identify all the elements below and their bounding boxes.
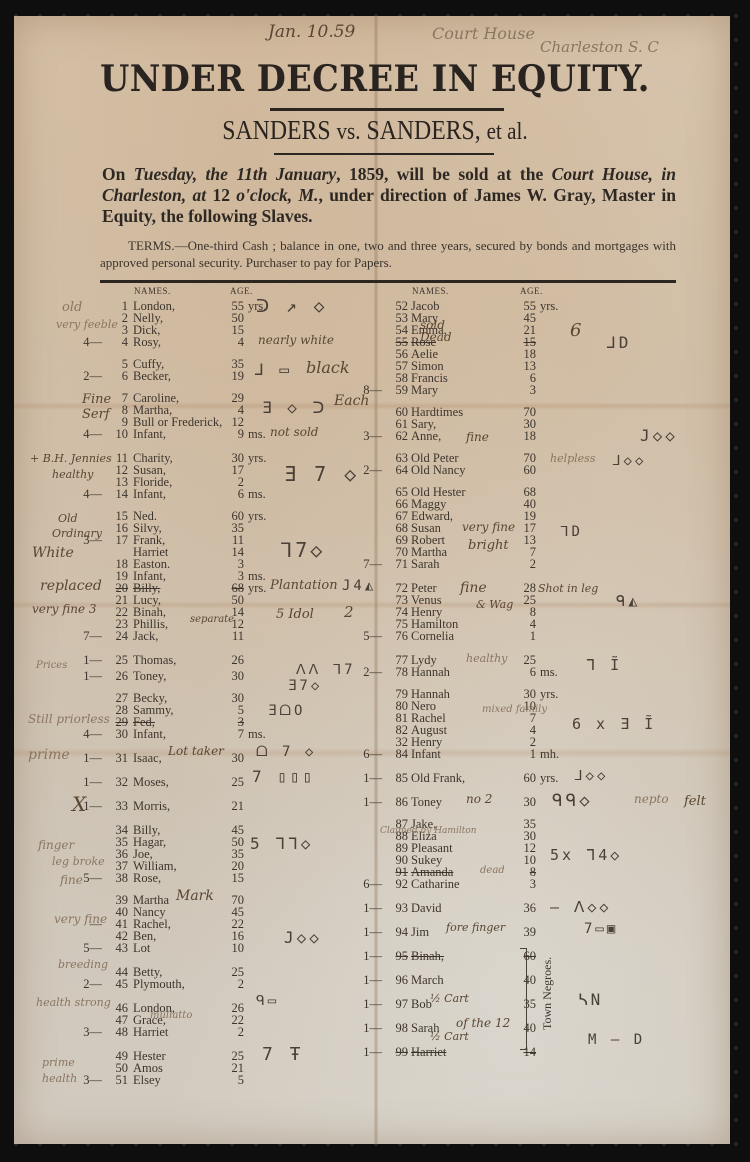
person-age: 60 [512,464,536,477]
person-name: Catharine [411,878,460,891]
lot-group-count: 1— [342,902,382,915]
slave-list-row: 1—94Jim39 [0,926,750,939]
handwritten-note: ᓴN [578,990,603,1009]
handwritten-location: Court House [432,24,535,43]
handwritten-note: + B.H. Jennies [30,452,112,465]
handwritten-note: 7▭▣ [584,921,618,937]
handwritten-note: 2 [344,603,354,621]
handwritten-note: fine [60,873,83,887]
party-plaintiff: SANDERS [222,115,330,145]
handwritten-note: breeding [58,958,108,971]
handwritten-note: Claimed by Hamilton [380,826,477,836]
handwritten-note: Ǝ 7 ◇ [284,462,359,486]
lot-group-count: 3— [342,430,382,443]
entry-number: 86 [384,796,408,809]
handwritten-note: very fine [54,912,107,926]
entry-number: 96 [384,974,408,987]
person-name: Anne, [411,430,441,443]
handwritten-note: ᒣD [560,524,583,540]
sale-terms: TERMS.—One-third Cash ; balance in one, … [100,237,676,271]
entry-number: 97 [384,998,408,1011]
age-unit: mh. [540,748,559,761]
handwritten-note: ᑫ▭ [256,993,279,1009]
entry-number: 92 [384,878,408,891]
entry-number: 93 [384,902,408,915]
lot-group-count: 1— [342,998,382,1011]
handwritten-note: 6 x Ǝ Ĩ [572,715,656,733]
handwritten-note: very feeble [56,318,118,331]
person-age: 6 [512,666,536,679]
person-age: 30 [512,796,536,809]
handwritten-note: helpless [550,452,595,465]
age-header: AGE. [230,286,253,296]
handwritten-note: Fine [82,392,111,407]
person-name: Harriet [411,1046,446,1059]
handwritten-note: 5x ᒣ4◇ [550,846,622,864]
entry-number: 99 [384,1046,408,1059]
handwritten-note: ᐱᐱ ᒣ7 [296,662,356,678]
names-header: NAMES. [134,286,171,296]
names-header: NAMES. [412,286,449,296]
person-name: Jim [411,926,429,939]
handwritten-note: ᒣ7◇ [280,538,325,562]
handwritten-note: replaced [40,578,102,594]
entry-number: 64 [384,464,408,477]
person-age: 1 [512,630,536,643]
person-age: 60 [512,772,536,785]
slave-list-row: 6—84Infant1mh. [0,748,750,761]
entry-number: 78 [384,666,408,679]
person-name: Mary [411,384,438,397]
party-defendant: SANDERS, [367,115,481,145]
handwritten-note: health [42,1072,77,1085]
person-name: Infant [411,748,441,761]
document-title: UNDER DECREE IN EQUITY. [26,58,724,100]
entry-number: 94 [384,926,408,939]
handwritten-note: ᑐ ↗ ◇ [256,296,328,317]
person-age: 39 [512,926,536,939]
person-age: 3 [512,384,536,397]
handwritten-note: Still priorless [28,712,110,726]
lot-group-count: 1— [342,772,382,785]
handwritten-note: bright [468,538,509,553]
person-name: Elsey [133,1074,161,1087]
handwritten-note: fine [466,430,489,444]
handwritten-note: Prices [36,660,67,671]
slave-list-row: 1—85Old Frank,60yrs. [0,772,750,785]
handwritten-note: Ј◇◇ [640,426,678,445]
announcement-text: On [102,164,134,184]
person-name: Binah, [411,950,444,963]
handwritten-note: Ј◇◇ [284,928,322,947]
handwritten-note: of the 12 [456,1016,510,1030]
person-name: Old Nancy [411,464,466,477]
town-negroes-label: Town Negroes. [540,957,555,1030]
handwritten-note: & Wag [476,598,513,611]
slave-list-row: 1—93David36 [0,902,750,915]
person-name: Toney [411,796,442,809]
town-negroes-bracket [520,948,527,1050]
announcement-text: Tuesday, the 11th January [134,164,336,184]
announcement-text: o'clock, M. [236,185,318,205]
slave-list-row: 8—59Mary3 [0,384,750,397]
handwritten-note: Dead [420,330,452,344]
handwritten-note: ½ Cart [430,992,469,1005]
handwritten-note: healthy [52,468,93,481]
handwritten-note: Ǝ7◇ [288,678,322,694]
handwritten-note: health strong [36,996,111,1009]
age-unit: yrs. [540,772,558,785]
table-top-rule [100,280,676,283]
handwritten-note: Lot taker [168,744,224,758]
handwritten-note: separate [190,614,234,625]
slave-list-row: 1—95Binah,60 [0,950,750,963]
lot-group-count: 1— [342,974,382,987]
handwritten-note: ᑫᑫ◇ [552,791,593,811]
age-header: AGE. [520,286,543,296]
handwritten-note: ᒧ◇◇ [574,768,608,784]
person-age: 5 [220,1074,244,1087]
sale-announcement: On Tuesday, the 11th January, 1859, will… [102,164,676,227]
handwritten-note: healthy [466,652,507,665]
lot-group-count: 1— [342,950,382,963]
handwritten-note: nearly white [258,333,334,347]
handwritten-note: ᒧ ▭ [254,360,292,379]
handwritten-note: prime [42,1056,75,1069]
handwritten-note: black [306,358,350,377]
person-age: 36 [512,902,536,915]
handwritten-note: very fine [462,520,515,534]
entry-number: 62 [384,430,408,443]
handwritten-note: Ј4◭ [342,578,376,594]
handwritten-note: – ᐱ◇◇ [550,898,611,916]
handwritten-note: fine [460,580,487,596]
handwritten-note: M – D [588,1032,645,1048]
handwritten-note: ᗝ 7 ◇ [256,744,316,760]
handwritten-note: old [62,300,82,315]
handwritten-note: 7 Ŧ [262,1044,304,1065]
case-title: SANDERS vs. SANDERS, et al. [45,115,705,146]
handwritten-note: not sold [270,425,319,439]
handwritten-note: Ǝ ◇ ᑐ [262,398,327,417]
lot-group-count: 5— [342,630,382,643]
entry-number: 84 [384,748,408,761]
person-age: 2 [512,558,536,571]
slave-list-row: 1—97Bob35 [0,998,750,1011]
handwritten-note: ᑫ◭ [616,592,640,610]
person-name: Cornelia [411,630,454,643]
et-al: et al. [487,119,528,145]
entry-number: 85 [384,772,408,785]
person-name: Bob [411,998,432,1011]
person-name: Sarah [411,558,439,571]
handwritten-note: prime [28,747,70,763]
announcement-text: , 1859, will be sold at the [336,164,551,184]
handwritten-note: nepto [634,792,669,806]
handwritten-note: 7 ▯▯▯ [252,767,315,786]
handwritten-note: White [32,545,74,561]
handwritten-note: Ordinary [52,527,102,540]
handwritten-note: ᒧD [606,333,631,352]
handwritten-note: ᒧ◇◇ [612,453,646,469]
slave-list-row: 1—96March40 [0,974,750,987]
handwritten-note: fore finger [446,921,505,934]
slave-list-row: 6—92Catharine3 [0,878,750,891]
entry-number: 71 [384,558,408,571]
title-rule [270,108,504,111]
lot-group-count: 6— [342,748,382,761]
person-name: Old Frank, [411,772,465,785]
entry-number: 51 [104,1074,128,1087]
lot-group-count: 1— [342,926,382,939]
handwritten-note: dead [480,865,505,876]
handwritten-note: ᒣ Ĩ [586,656,622,674]
slave-list-row: 2—78Hannah6ms. [0,666,750,679]
handwritten-note: no 2 [466,792,492,806]
handwritten-note: Old [58,512,78,525]
handwritten-note: Each [334,393,369,409]
versus: vs. [337,119,361,145]
handwritten-note: finger [38,838,74,852]
announcement-text: 12 [206,185,236,205]
entry-number: 59 [384,384,408,397]
entry-number: 95 [384,950,408,963]
person-age: 1 [512,748,536,761]
lot-group-count: 1— [342,796,382,809]
handwritten-date: Jan. 10.59 [268,22,355,42]
person-name: March [411,974,444,987]
lot-group-count: 1— [342,1046,382,1059]
handwritten-note: leg broke [52,855,105,868]
handwritten-note: mullatto [150,1010,192,1021]
handwritten-note: Mark [176,888,214,904]
lot-group-count: 1— [342,1022,382,1035]
lot-group-count: 7— [342,558,382,571]
entry-number: 98 [384,1022,408,1035]
handwritten-note: mixed family [482,704,547,715]
entry-number: 76 [384,630,408,643]
subtitle-rule [274,153,494,155]
slave-list-row: 3—62Anne,18 [0,430,750,443]
handwritten-city: Charleston S. C [540,38,659,56]
age-unit: ms. [540,666,558,679]
person-name: David [411,902,442,915]
person-age: 18 [512,430,536,443]
handwritten-note: ½ Cart [430,1030,469,1043]
person-name: Hannah [411,666,450,679]
person-age: 3 [512,878,536,891]
handwritten-note: Serf [82,407,110,422]
handwritten-note: felt [684,794,706,809]
handwritten-note: 5 Idol [276,607,314,622]
handwritten-note: very fine 3 [32,602,97,616]
handwritten-note: ƎᗝO [268,703,305,719]
handwritten-note: 5 ᒣᒣ◇ [250,834,313,853]
handwritten-note: 6 [570,320,581,341]
slave-list-row: 5—76Cornelia1 [0,630,750,643]
handwritten-note: Plantation [270,578,338,593]
handwritten-note: X [72,792,86,816]
slave-list-row: 7—71Sarah2 [0,558,750,571]
lot-group-count: 6— [342,878,382,891]
handwritten-note: Shot in leg [538,582,598,595]
